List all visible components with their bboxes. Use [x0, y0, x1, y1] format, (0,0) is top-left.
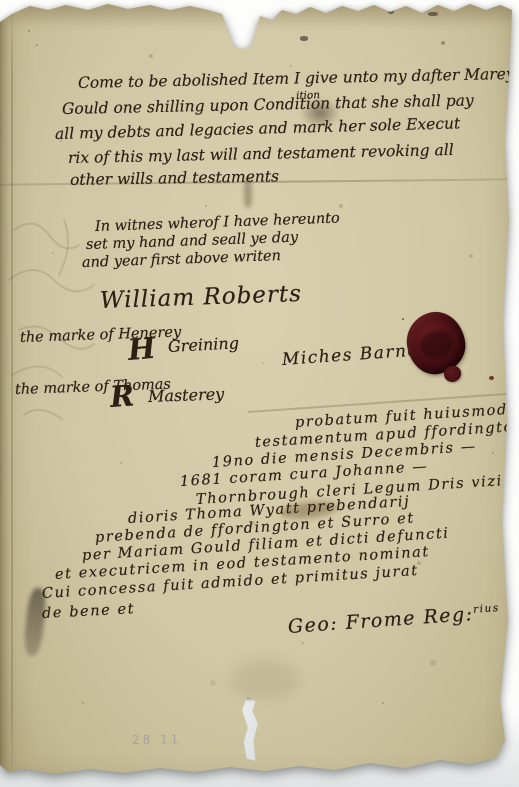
registrar-signature-main: Geo: Frome Reg:	[287, 603, 474, 638]
document-paper-wrap: Come to be abolished Item I give unto my…	[0, 0, 519, 787]
paper-sheet: Come to be abolished Item I give unto my…	[0, 0, 519, 787]
soft-stain-bottom	[230, 660, 300, 700]
wax-seal-drop	[444, 366, 461, 382]
witness-mark-glyph: R	[109, 378, 135, 414]
will-text-line: Gould one shilling upon Condition that s…	[62, 91, 474, 118]
registrar-signature: Geo: Frome Reg:rius	[287, 601, 500, 638]
torn-fragment	[428, 12, 438, 16]
pencil-note: 28 11	[132, 732, 182, 747]
wax-seal-speck	[489, 376, 494, 380]
torn-fragment	[452, 4, 459, 9]
scan-background: Come to be abolished Item I give unto my…	[0, 0, 519, 787]
witness-mark-glyph: H	[127, 331, 157, 367]
registrar-signature-superscript: rius	[473, 602, 500, 616]
torn-fragment	[388, 8, 394, 14]
will-text-line: rix of this my last will and testament r…	[68, 141, 454, 167]
interlinear-insertion: ition	[296, 89, 320, 102]
probate-line: de bene et	[42, 601, 136, 622]
paper-hole	[236, 697, 264, 761]
torn-fragment	[300, 36, 308, 41]
will-text-line: other wills and testaments	[70, 167, 279, 189]
torn-fragment	[45, 2, 54, 6]
will-text-line: Come to be abolished Item I give unto my…	[78, 65, 515, 92]
paper-specks	[0, 0, 2, 2]
witness-mark-name: Masterey	[148, 384, 225, 406]
will-text-line: all my debts and legacies and mark her s…	[55, 114, 461, 143]
witness-mark-name: Greining	[168, 333, 240, 356]
